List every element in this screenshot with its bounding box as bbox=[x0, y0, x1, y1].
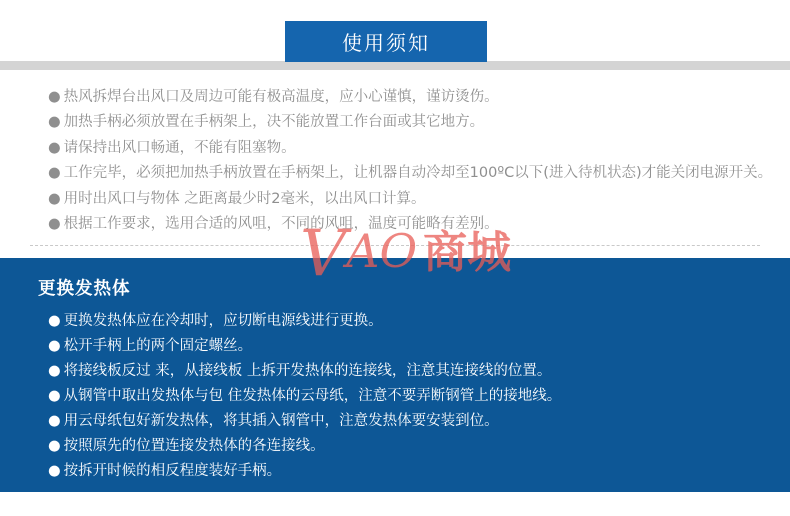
step-item-text: 用云母纸包好新发热体，将其插入钢管中，注意发热体要安装到位。 bbox=[64, 413, 499, 429]
bullet-icon: ● bbox=[48, 338, 61, 354]
bullet-icon: ● bbox=[48, 463, 61, 479]
usage-notice-list: ●热风拆焊台出风口及周边可能有极高温度，应小心谨慎，谨访烫伤。 ●加热手柄必须放… bbox=[48, 85, 780, 237]
bullet-icon: ● bbox=[48, 413, 61, 429]
dotted-separator bbox=[30, 245, 760, 246]
notice-item-text: 工作完毕，必须把加热手柄放置在手柄架上，让机器自动冷却至100ºC以下(进入待机… bbox=[64, 165, 772, 181]
notice-item-text: 加热手柄必须放置在手柄架上，决不能放置工作台面或其它地方。 bbox=[64, 114, 485, 130]
replace-heater-title: 更换发热体 bbox=[0, 258, 790, 300]
notice-item-text: 用时出风口与物体 之距离最少时2毫米，以出风口计算。 bbox=[64, 191, 426, 207]
notice-item: ●工作完毕，必须把加热手柄放置在手柄架上，让机器自动冷却至100ºC以下(进入待… bbox=[48, 161, 780, 186]
step-item: ●松开手柄上的两个固定螺丝。 bbox=[48, 334, 790, 359]
header-divider-band bbox=[0, 61, 790, 70]
step-item-text: 更换发热体应在冷却时，应切断电源线进行更换。 bbox=[64, 313, 383, 329]
step-item: ●更换发热体应在冷却时，应切断电源线进行更换。 bbox=[48, 309, 790, 334]
step-item: ●用云母纸包好新发热体，将其插入钢管中，注意发热体要安装到位。 bbox=[48, 409, 790, 434]
usage-notice-title: 使用须知 bbox=[342, 27, 430, 56]
bullet-icon: ● bbox=[48, 216, 61, 232]
step-item: ●将接线板反过 来，从接线板 上拆开发热体的连接线，注意其连接线的位置。 bbox=[48, 359, 790, 384]
step-item: ●从钢管中取出发热体与包 住发热体的云母纸，注意不要弄断钢管上的接地线。 bbox=[48, 384, 790, 409]
step-item-text: 按拆开时候的相反程度装好手柄。 bbox=[64, 463, 282, 479]
notice-item: ●请保持出风口畅通，不能有阻塞物。 bbox=[48, 136, 780, 161]
step-item-text: 将接线板反过 来，从接线板 上拆开发热体的连接线，注意其连接线的位置。 bbox=[64, 363, 552, 379]
notice-item-text: 请保持出风口畅通，不能有阻塞物。 bbox=[64, 140, 296, 156]
notice-item: ●加热手柄必须放置在手柄架上，决不能放置工作台面或其它地方。 bbox=[48, 110, 780, 135]
notice-item: ●热风拆焊台出风口及周边可能有极高温度，应小心谨慎，谨访烫伤。 bbox=[48, 85, 780, 110]
bullet-icon: ● bbox=[48, 165, 61, 181]
step-item-text: 松开手柄上的两个固定螺丝。 bbox=[64, 338, 253, 354]
replace-heater-steps: ●更换发热体应在冷却时，应切断电源线进行更换。 ●松开手柄上的两个固定螺丝。 ●… bbox=[0, 309, 790, 484]
step-item: ●按拆开时候的相反程度装好手柄。 bbox=[48, 459, 790, 484]
usage-notice-banner: 使用须知 bbox=[285, 21, 487, 62]
bullet-icon: ● bbox=[48, 438, 61, 454]
notice-item-text: 热风拆焊台出风口及周边可能有极高温度，应小心谨慎，谨访烫伤。 bbox=[64, 89, 499, 105]
notice-item: ●用时出风口与物体 之距离最少时2毫米，以出风口计算。 bbox=[48, 187, 780, 212]
step-item-text: 从钢管中取出发热体与包 住发热体的云母纸，注意不要弄断钢管上的接地线。 bbox=[64, 388, 562, 404]
step-item: ●按照原先的位置连接发热体的各连接线。 bbox=[48, 434, 790, 459]
replace-heater-section: 更换发热体 ●更换发热体应在冷却时，应切断电源线进行更换。 ●松开手柄上的两个固… bbox=[0, 258, 790, 492]
notice-item-text: 根据工作要求，选用合适的风咀，不同的风咀，温度可能略有差别。 bbox=[64, 216, 499, 232]
bullet-icon: ● bbox=[48, 114, 61, 130]
bullet-icon: ● bbox=[48, 388, 61, 404]
bullet-icon: ● bbox=[48, 140, 61, 156]
instruction-page: 使用须知 ●热风拆焊台出风口及周边可能有极高温度，应小心谨慎，谨访烫伤。 ●加热… bbox=[0, 0, 790, 516]
bullet-icon: ● bbox=[48, 89, 61, 105]
bullet-icon: ● bbox=[48, 191, 61, 207]
bullet-icon: ● bbox=[48, 363, 61, 379]
bullet-icon: ● bbox=[48, 313, 61, 329]
step-item-text: 按照原先的位置连接发热体的各连接线。 bbox=[64, 438, 325, 454]
notice-item: ●根据工作要求，选用合适的风咀，不同的风咀，温度可能略有差别。 bbox=[48, 212, 780, 237]
